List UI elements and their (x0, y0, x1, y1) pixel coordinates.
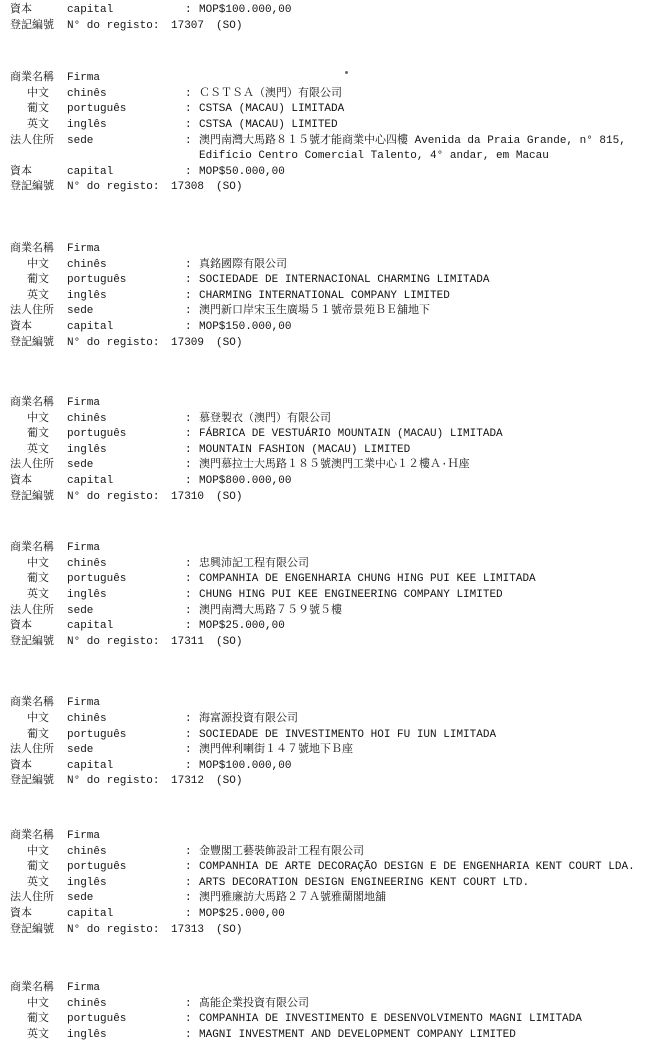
colon-separator: : (185, 907, 199, 923)
capital-row: 資本 capital : MOP$100.000,00 (10, 3, 661, 19)
field-label-pt: inglês (67, 443, 185, 459)
colon-separator: : (185, 1012, 199, 1028)
company-name-chinese: 髙能企業投資有限公司 (199, 997, 309, 1013)
field-label-pt: chinês (67, 87, 185, 103)
field-label-zh: 資本 (10, 474, 67, 490)
company-name-portuguese-row: 葡文português:COMPANHIA DE INVESTIMENTO E … (10, 1012, 661, 1028)
company-name-portuguese: COMPANHIA DE ARTE DECORAÇÃO DESIGN E DE … (199, 860, 635, 876)
field-label-zh: 葡文 (10, 427, 67, 443)
registration-suffix: (SO) (216, 19, 242, 35)
registry-entry: 商業名稱Firma中文chinês:真銘國際有限公司葡文português:SO… (10, 242, 661, 351)
registered-office: 澳門南灣大馬路８１５號才能商業中心四樓 Avenida da Praia Gra… (199, 134, 626, 150)
colon-separator: : (185, 588, 199, 604)
field-label-zh: 中文 (10, 997, 67, 1013)
field-label-zh: 商業名稱 (10, 541, 67, 557)
registered-office: 澳門新口岸宋玉生廣場５１號帝景苑ＢＥ舖地下 (199, 304, 430, 320)
field-label-pt: inglês (67, 1028, 185, 1044)
field-label-zh: 中文 (10, 712, 67, 728)
colon-separator: : (185, 572, 199, 588)
company-name-chinese: 慕登製衣（澳門）有限公司 (199, 412, 331, 428)
entry-header-row: 商業名稱Firma (10, 981, 661, 997)
field-label-pt: português (67, 427, 185, 443)
registration-number: 17312 (171, 774, 204, 790)
field-label-pt: N° do registo: (67, 19, 159, 35)
company-name-english: ARTS DECORATION DESIGN ENGINEERING KENT … (199, 876, 529, 892)
registration-suffix: (SO) (216, 490, 242, 506)
entry-header-row: 商業名稱Firma (10, 696, 661, 712)
company-name-chinese-row: 中文chinês:ＣＳＴＳＡ（澳門）有限公司 (10, 87, 661, 103)
colon-separator: : (185, 845, 199, 861)
field-label-pt: Firma (67, 829, 185, 845)
field-label-zh: 中文 (10, 412, 67, 428)
company-name-english: CHARMING INTERNATIONAL COMPANY LIMITED (199, 289, 450, 305)
registration-row: 登記編號N° do registo:17309(SO) (10, 336, 661, 352)
field-label-zh: 資本 (10, 3, 67, 19)
registration-number: 17309 (171, 336, 204, 352)
company-name-portuguese: COMPANHIA DE ENGENHARIA CHUNG HING PUI K… (199, 572, 536, 588)
field-label-zh: 英文 (10, 289, 67, 305)
colon-separator: : (185, 458, 199, 474)
registry-entry: 商業名稱Firma中文chinês:髙能企業投資有限公司葡文português:… (10, 981, 661, 1043)
colon-separator: : (185, 165, 199, 181)
field-label-pt: português (67, 1012, 185, 1028)
colon-separator: : (185, 474, 199, 490)
field-label-zh: 法人住所 (10, 134, 67, 150)
registered-office-continuation: Edifício Centro Comercial Talento, 4° an… (199, 149, 549, 165)
field-label-zh: 英文 (10, 588, 67, 604)
field-label-zh: 法人住所 (10, 743, 67, 759)
company-name-chinese-row: 中文chinês:忠興沛記工程有限公司 (10, 557, 661, 573)
registered-office-row: 法人住所sede:澳門慕拉士大馬路１８５號澳門工業中心１２樓Ａ·Ｈ座 (10, 458, 661, 474)
company-name-chinese: ＣＳＴＳＡ（澳門）有限公司 (199, 87, 342, 103)
registry-entry: 商業名稱Firma中文chinês:金豐閣工藝裝飾設計工程有限公司葡文portu… (10, 829, 661, 938)
field-label-zh: 商業名稱 (10, 981, 67, 997)
field-label-pt: Firma (67, 981, 185, 997)
field-label-zh: 商業名稱 (10, 696, 67, 712)
company-name-portuguese: SOCIEDADE DE INTERNACIONAL CHARMING LIMI… (199, 273, 489, 289)
colon-separator: : (185, 759, 199, 775)
capital-value: MOP$25.000,00 (199, 907, 285, 923)
registered-office: 澳門慕拉士大馬路１８５號澳門工業中心１２樓Ａ·Ｈ座 (199, 458, 470, 474)
field-label-zh: 登記編號 (10, 923, 67, 939)
company-name-portuguese: FÁBRICA DE VESTUÁRIO MOUNTAIN (MACAU) LI… (199, 427, 503, 443)
colon-separator: : (185, 412, 199, 428)
field-label-zh: 登記編號 (10, 774, 67, 790)
colon-separator: : (185, 320, 199, 336)
registration-number: 17307 (171, 19, 204, 35)
field-label-pt: capital (67, 907, 185, 923)
registered-office-continuation-row: Edifício Centro Comercial Talento, 4° an… (10, 149, 661, 165)
company-name-english: MOUNTAIN FASHION (MACAU) LIMITED (199, 443, 410, 459)
colon-separator: : (185, 258, 199, 274)
colon-separator: : (185, 102, 199, 118)
field-label-pt: N° do registo: (67, 923, 159, 939)
field-label-pt: N° do registo: (67, 774, 159, 790)
registered-office-row: 法人住所sede:澳門南灣大馬路７５９號５樓 (10, 604, 661, 620)
entry-header-row: 商業名稱Firma (10, 829, 661, 845)
registered-office-row: 法人住所sede:澳門雅廉訪大馬路２７Ａ號雅蘭閣地舖 (10, 891, 661, 907)
registered-office: 澳門俾利喇街１４７號地下Ｂ座 (199, 743, 353, 759)
registration-suffix: (SO) (216, 336, 242, 352)
field-label-zh: 法人住所 (10, 304, 67, 320)
registration-row: 登記編號 N° do registo: 17307 (SO) (10, 19, 661, 35)
registered-office-row: 法人住所sede:澳門南灣大馬路８１５號才能商業中心四樓 Avenida da … (10, 134, 661, 150)
field-label-pt: português (67, 273, 185, 289)
field-label-zh: 資本 (10, 907, 67, 923)
capital-row: 資本capital:MOP$25.000,00 (10, 619, 661, 635)
field-label-zh: 登記編號 (10, 180, 67, 196)
field-label-zh: 中文 (10, 557, 67, 573)
colon-separator: : (185, 728, 199, 744)
capital-value: MOP$100.000,00 (199, 759, 291, 775)
colon-separator: : (185, 997, 199, 1013)
field-label-pt: Firma (67, 396, 185, 412)
company-name-english-row: 英文inglês:MAGNI INVESTMENT AND DEVELOPMEN… (10, 1028, 661, 1044)
field-label-zh: 登記編號 (10, 635, 67, 651)
document-page: 資本 capital : MOP$100.000,00 登記編號 N° do r… (0, 0, 661, 1051)
entry-header-row: 商業名稱Firma (10, 396, 661, 412)
registration-suffix: (SO) (216, 774, 242, 790)
field-label-pt: chinês (67, 412, 185, 428)
field-label-pt: chinês (67, 712, 185, 728)
registry-entry: 商業名稱Firma中文chinês:慕登製衣（澳門）有限公司葡文portuguê… (10, 396, 661, 505)
field-label-pt: chinês (67, 557, 185, 573)
colon-separator: : (185, 273, 199, 289)
colon-separator: : (185, 427, 199, 443)
company-name-english-row: 英文inglês:ARTS DECORATION DESIGN ENGINEER… (10, 876, 661, 892)
registration-number: 17311 (171, 635, 204, 651)
field-label-zh: 資本 (10, 320, 67, 336)
company-name-chinese-row: 中文chinês:金豐閣工藝裝飾設計工程有限公司 (10, 845, 661, 861)
registered-office: 澳門雅廉訪大馬路２７Ａ號雅蘭閣地舖 (199, 891, 386, 907)
registration-suffix: (SO) (216, 635, 242, 651)
field-label-zh: 商業名稱 (10, 396, 67, 412)
capital-row: 資本capital:MOP$150.000,00 (10, 320, 661, 336)
colon-separator: : (185, 134, 199, 150)
field-label-pt: chinês (67, 845, 185, 861)
company-name-english: MAGNI INVESTMENT AND DEVELOPMENT COMPANY… (199, 1028, 516, 1044)
capital-value: MOP$25.000,00 (199, 619, 285, 635)
company-name-english: CHUNG HING PUI KEE ENGINEERING COMPANY L… (199, 588, 503, 604)
registration-number: 17310 (171, 490, 204, 506)
company-name-english-row: 英文inglês:CHUNG HING PUI KEE ENGINEERING … (10, 588, 661, 604)
company-name-portuguese: CSTSA (MACAU) LIMITADA (199, 102, 344, 118)
colon-separator: : (185, 604, 199, 620)
field-label-zh: 葡文 (10, 572, 67, 588)
field-label-zh: 法人住所 (10, 458, 67, 474)
field-label-zh: 英文 (10, 876, 67, 892)
colon-separator: : (185, 743, 199, 759)
field-label-pt: inglês (67, 876, 185, 892)
field-label-pt: português (67, 728, 185, 744)
colon-separator: : (185, 712, 199, 728)
field-label-zh: 資本 (10, 619, 67, 635)
registration-row: 登記編號N° do registo:17310(SO) (10, 490, 661, 506)
company-name-portuguese-row: 葡文português:SOCIEDADE DE INVESTIMENTO HO… (10, 728, 661, 744)
company-name-chinese: 真銘國際有限公司 (199, 258, 287, 274)
colon-separator: : (185, 876, 199, 892)
company-name-chinese: 金豐閣工藝裝飾設計工程有限公司 (199, 845, 364, 861)
field-label-pt: sede (67, 891, 185, 907)
field-label-pt: inglês (67, 289, 185, 305)
capital-value: MOP$800.000,00 (199, 474, 291, 490)
colon-separator: : (185, 557, 199, 573)
registry-entry: 商業名稱Firma中文chinês:ＣＳＴＳＡ（澳門）有限公司葡文portugu… (10, 71, 661, 196)
field-label-pt: capital (67, 474, 185, 490)
company-name-chinese: 忠興沛記工程有限公司 (199, 557, 309, 573)
field-label-zh: 資本 (10, 759, 67, 775)
field-label-zh: 葡文 (10, 102, 67, 118)
field-label-zh: 葡文 (10, 728, 67, 744)
field-label-zh: 商業名稱 (10, 242, 67, 258)
field-label-pt: Firma (67, 242, 185, 258)
field-label-pt: N° do registo: (67, 336, 159, 352)
field-label-pt: N° do registo: (67, 490, 159, 506)
registry-entry-partial: 資本 capital : MOP$100.000,00 登記編號 N° do r… (10, 3, 661, 34)
capital-value: MOP$150.000,00 (199, 320, 291, 336)
field-label-pt: capital (67, 759, 185, 775)
colon-separator: : (185, 619, 199, 635)
field-label-pt: capital (67, 165, 185, 181)
field-label-pt: Firma (67, 541, 185, 557)
field-label-zh: 登記編號 (10, 490, 67, 506)
colon-separator: : (185, 304, 199, 320)
field-label-zh: 登記編號 (10, 19, 67, 35)
entry-header-row: 商業名稱Firma (10, 242, 661, 258)
field-label-pt: chinês (67, 258, 185, 274)
company-name-portuguese-row: 葡文português:COMPANHIA DE ARTE DECORAÇÃO … (10, 860, 661, 876)
colon-separator: : (185, 87, 199, 103)
field-label-pt: sede (67, 458, 185, 474)
registered-office-row: 法人住所sede:澳門俾利喇街１４７號地下Ｂ座 (10, 743, 661, 759)
registry-entry: 商業名稱Firma中文chinês:海富源投資有限公司葡文português:S… (10, 696, 661, 790)
field-label-zh: 登記編號 (10, 336, 67, 352)
company-name-portuguese: COMPANHIA DE INVESTIMENTO E DESENVOLVIME… (199, 1012, 582, 1028)
company-name-portuguese-row: 葡文português:COMPANHIA DE ENGENHARIA CHUN… (10, 572, 661, 588)
company-name-portuguese: SOCIEDADE DE INVESTIMENTO HOI FU IUN LIM… (199, 728, 496, 744)
field-label-pt: português (67, 572, 185, 588)
registration-suffix: (SO) (216, 923, 242, 939)
company-name-portuguese-row: 葡文português:FÁBRICA DE VESTUÁRIO MOUNTAI… (10, 427, 661, 443)
registration-number: 17308 (171, 180, 204, 196)
field-label-pt: sede (67, 604, 185, 620)
colon-separator: : (185, 289, 199, 305)
colon-separator: : (185, 118, 199, 134)
capital-row: 資本capital:MOP$800.000,00 (10, 474, 661, 490)
company-name-chinese-row: 中文chinês:真銘國際有限公司 (10, 258, 661, 274)
capital-row: 資本capital:MOP$50.000,00 (10, 165, 661, 181)
field-label-zh: 商業名稱 (10, 829, 67, 845)
field-label-pt: sede (67, 743, 185, 759)
field-label-zh: 中文 (10, 845, 67, 861)
registry-entry: 商業名稱Firma中文chinês:忠興沛記工程有限公司葡文português:… (10, 541, 661, 650)
field-label-zh: 葡文 (10, 273, 67, 289)
field-label-zh: 中文 (10, 87, 67, 103)
field-label-zh: 英文 (10, 1028, 67, 1044)
field-label-pt: sede (67, 304, 185, 320)
company-name-chinese: 海富源投資有限公司 (199, 712, 298, 728)
scan-speck (345, 71, 348, 74)
field-label-zh: 英文 (10, 118, 67, 134)
company-name-english: CSTSA (MACAU) LIMITED (199, 118, 338, 134)
company-name-portuguese-row: 葡文português:SOCIEDADE DE INTERNACIONAL C… (10, 273, 661, 289)
field-label-pt: português (67, 102, 185, 118)
registry-entries: 商業名稱Firma中文chinês:ＣＳＴＳＡ（澳門）有限公司葡文portugu… (10, 71, 661, 1043)
registration-row: 登記編號N° do registo:17308(SO) (10, 180, 661, 196)
field-label-pt: sede (67, 134, 185, 150)
company-name-english-row: 英文inglês:MOUNTAIN FASHION (MACAU) LIMITE… (10, 443, 661, 459)
field-label-pt: capital (67, 320, 185, 336)
capital-value: MOP$100.000,00 (199, 3, 291, 19)
colon-separator: : (185, 860, 199, 876)
registered-office: 澳門南灣大馬路７５９號５樓 (199, 604, 342, 620)
field-label-pt: Firma (67, 696, 185, 712)
colon-separator: : (185, 3, 199, 19)
registration-row: 登記編號N° do registo:17311(SO) (10, 635, 661, 651)
registered-office-row: 法人住所sede:澳門新口岸宋玉生廣場５１號帝景苑ＢＥ舖地下 (10, 304, 661, 320)
field-label-pt: chinês (67, 997, 185, 1013)
field-label-zh: 中文 (10, 258, 67, 274)
field-label-zh: 葡文 (10, 1012, 67, 1028)
registration-suffix: (SO) (216, 180, 242, 196)
company-name-english-row: 英文inglês:CSTSA (MACAU) LIMITED (10, 118, 661, 134)
field-label-zh: 法人住所 (10, 604, 67, 620)
registration-row: 登記編號N° do registo:17313(SO) (10, 923, 661, 939)
entry-header-row: 商業名稱Firma (10, 541, 661, 557)
registration-number: 17313 (171, 923, 204, 939)
colon-separator: : (185, 891, 199, 907)
colon-separator: : (185, 1028, 199, 1044)
field-label-pt: português (67, 860, 185, 876)
company-name-portuguese-row: 葡文português:CSTSA (MACAU) LIMITADA (10, 102, 661, 118)
company-name-chinese-row: 中文chinês:慕登製衣（澳門）有限公司 (10, 412, 661, 428)
field-label-pt: inglês (67, 588, 185, 604)
capital-row: 資本capital:MOP$25.000,00 (10, 907, 661, 923)
field-label-pt: inglês (67, 118, 185, 134)
entry-header-row: 商業名稱Firma (10, 71, 661, 87)
company-name-english-row: 英文inglês:CHARMING INTERNATIONAL COMPANY … (10, 289, 661, 305)
field-label-zh: 英文 (10, 443, 67, 459)
capital-row: 資本capital:MOP$100.000,00 (10, 759, 661, 775)
field-label-zh: 法人住所 (10, 891, 67, 907)
field-label-pt: N° do registo: (67, 180, 159, 196)
field-label-pt: Firma (67, 71, 185, 87)
capital-value: MOP$50.000,00 (199, 165, 285, 181)
field-label-zh: 葡文 (10, 860, 67, 876)
registration-row: 登記編號N° do registo:17312(SO) (10, 774, 661, 790)
field-label-pt: N° do registo: (67, 635, 159, 651)
company-name-chinese-row: 中文chinês:髙能企業投資有限公司 (10, 997, 661, 1013)
field-label-zh: 商業名稱 (10, 71, 67, 87)
company-name-chinese-row: 中文chinês:海富源投資有限公司 (10, 712, 661, 728)
colon-separator: : (185, 443, 199, 459)
field-label-zh: 資本 (10, 165, 67, 181)
field-label-pt: capital (67, 619, 185, 635)
field-label-pt: capital (67, 3, 185, 19)
